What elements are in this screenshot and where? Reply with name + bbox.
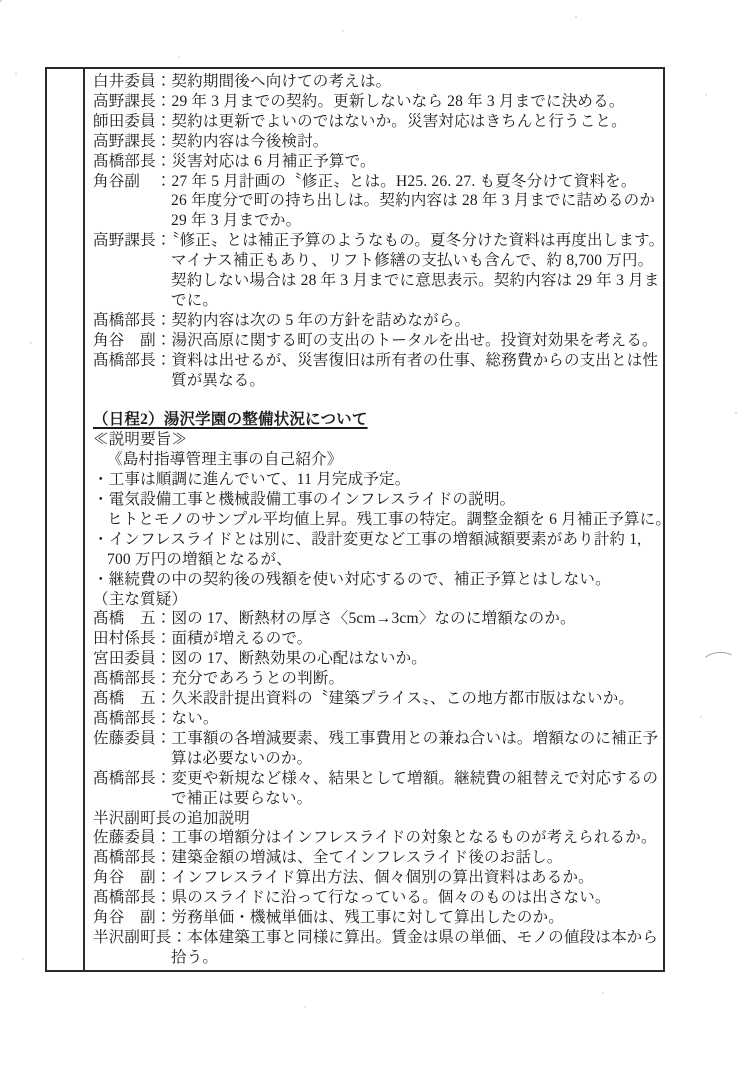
text-line: 髙橋部長：変更や新規など様々、結果として増額。継続費の組替えで対応するの xyxy=(93,769,661,789)
text-line: 高野課長：契約内容は今後検討。 xyxy=(93,132,661,152)
minutes-table: 白井委員：契約期間後へ向けての考えは。高野課長：29 年 3 月までの契約。更新… xyxy=(45,67,665,972)
text-line: 角谷 副：インフレスライド算出方法、個々個別の算出資料はあるか。 xyxy=(93,868,661,888)
text-line: 宮田委員：図の 17、断熱効果の心配はないか。 xyxy=(93,649,661,669)
text-line: 白井委員：契約期間後へ向けての考えは。 xyxy=(93,72,661,92)
blank-line xyxy=(93,391,661,411)
text-line: 契約しない場合は 28 年 3 月までに意思表示。契約内容は 29 年 3 月ま xyxy=(93,271,661,291)
text-line: 佐藤委員：工事の増額分はインフレスライドの対象となるものが考えられるか。 xyxy=(93,828,661,848)
section-heading: （日程2）湯沢学園の整備状況について xyxy=(93,410,661,430)
text-line: （主な質疑） xyxy=(93,590,661,610)
text-line: 《島村指導管理主事の自己紹介》 xyxy=(93,450,661,470)
text-line: 髙橋 五：久米設計提出資料の〝建築プライス〟、この地方都市版はないか。 xyxy=(93,689,661,709)
text-line: 髙橋部長：県のスライドに沿って行なっている。個々のものは出さない。 xyxy=(93,888,661,908)
scanned-minutes-page: 白井委員：契約期間後へ向けての考えは。高野課長：29 年 3 月までの契約。更新… xyxy=(0,0,750,1069)
text-line: 半沢副町長：本体建築工事と同様に算出。賃金は県の単価、モノの値段は本から xyxy=(93,928,661,948)
text-line: 髙橋部長：建築金額の増減は、全てインフレスライド後のお話し。 xyxy=(93,848,661,868)
text-line: 高野課長：〝修正〟とは補正予算のようなもの。夏冬分けた資料は再度出します。 xyxy=(93,231,661,251)
text-line: 髙橋部長：災害対応は 6 月補正予算で。 xyxy=(93,152,661,172)
text-line: でに。 xyxy=(93,291,661,311)
text-line: 髙橋 五：図の 17、断熱材の厚さ〈5cm→3cm〉なのに増額なのか。 xyxy=(93,609,661,629)
text-line: 髙橋部長：契約内容は次の 5 年の方針を詰めながら。 xyxy=(93,311,661,331)
text-line: 角谷 副：湯沢高原に関する町の支出のトータルを出せ。投資対効果を考える。 xyxy=(93,331,661,351)
text-line: 700 万円の増額となるが、 xyxy=(93,550,661,570)
text-line: マイナス補正もあり、リフト修繕の支払いも含んで、約 8,700 万円。 xyxy=(93,251,661,271)
text-line: 26 年度分で町の持ち出しは。契約内容は 28 年 3 月までに詰めるのか xyxy=(93,191,661,211)
text-line: ・電気設備工事と機械設備工事のインフレスライドの説明。 xyxy=(93,490,661,510)
text-line: 田村係長：面積が増えるので。 xyxy=(93,629,661,649)
scan-noise-specks xyxy=(0,0,1,1)
text-line: 佐藤委員：工事額の各増減要素、残工事費用との兼ね合いは。増額なのに補正予 xyxy=(93,729,661,749)
text-line: 角谷副 ：27 年 5 月計画の〝修正〟とは。H25. 26. 27. も夏冬分… xyxy=(93,172,661,192)
table-left-column xyxy=(47,69,85,970)
text-line: 角谷 副：労務単価・機械単価は、残工事に対して算出したのか。 xyxy=(93,908,661,928)
text-line: ≪説明要旨≫ xyxy=(93,430,661,450)
text-line: 算は必要ないのか。 xyxy=(93,749,661,769)
text-line: 質が異なる。 xyxy=(93,371,661,391)
text-line: 髙橋部長：資料は出せるが、災害復旧は所有者の仕事、総務費からの支出とは性 xyxy=(93,351,661,371)
text-line: 半沢副町長の追加説明 xyxy=(93,809,661,829)
text-line: 髙橋部長：ない。 xyxy=(93,709,661,729)
minutes-text-column: 白井委員：契約期間後へ向けての考えは。高野課長：29 年 3 月までの契約。更新… xyxy=(85,69,663,970)
text-line: 師田委員：契約は更新でよいのではないか。災害対応はきちんと行うこと。 xyxy=(93,112,661,132)
text-line: 29 年 3 月までか。 xyxy=(93,211,661,231)
text-line: 高野課長：29 年 3 月までの契約。更新しないなら 28 年 3 月までに決め… xyxy=(93,92,661,112)
scan-artifact-arc xyxy=(701,651,737,674)
text-line: 髙橋部長：充分であろうとの判断。 xyxy=(93,669,661,689)
text-line: で補正は要らない。 xyxy=(93,789,661,809)
text-line: 拾う。 xyxy=(93,948,661,968)
text-line: ・継続費の中の契約後の残額を使い対応するので、補正予算とはしない。 xyxy=(93,570,661,590)
text-line: ・工事は順調に進んでいて、11 月完成予定。 xyxy=(93,470,661,490)
text-line: ・インフレスライドとは別に、設計変更など工事の増額減額要素があり計約 1, xyxy=(93,530,661,550)
text-line: ヒトとモノのサンプル平均値上昇。残工事の特定。調整金額を 6 月補正予算に。 xyxy=(93,510,661,530)
